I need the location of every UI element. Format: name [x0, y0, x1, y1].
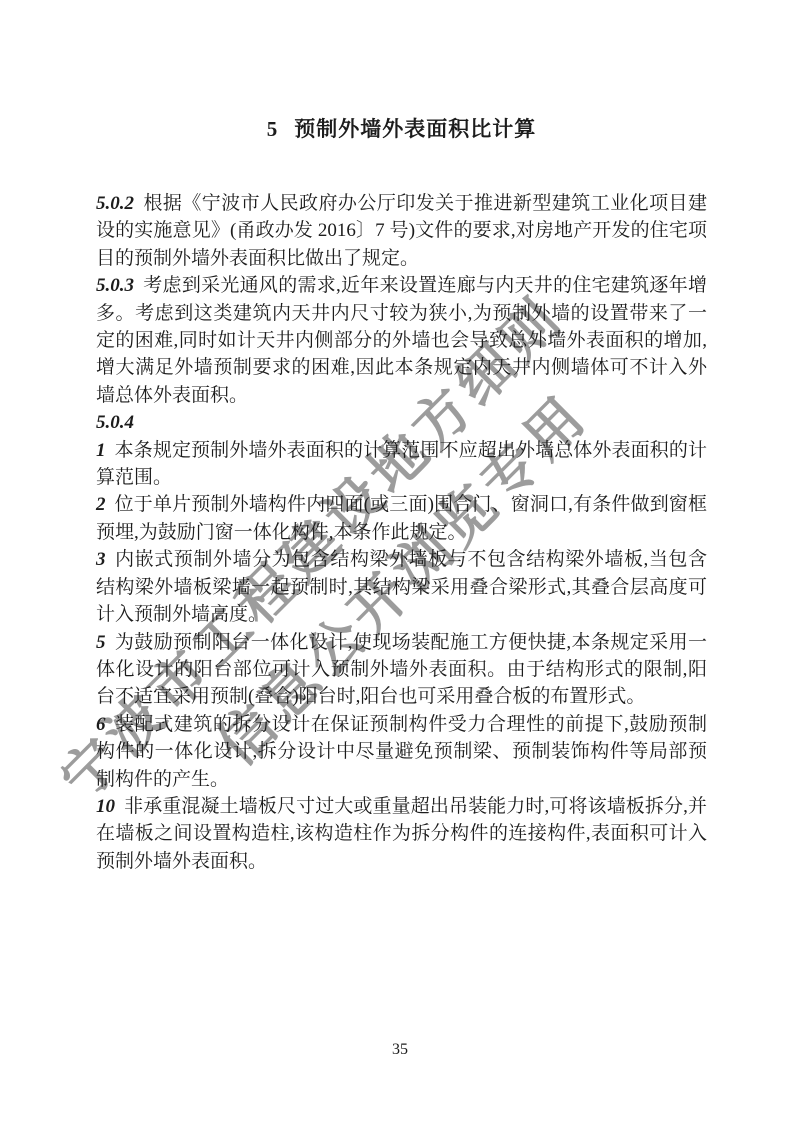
clause-paragraph: 10非承重混凝土墙板尺寸过大或重量超出吊装能力时,可将该墙板拆分,并在墙板之间设… — [96, 793, 707, 875]
clause-paragraph: 3内嵌式预制外墙分为包含结构梁外墙板与不包含结构梁外墙板,当包含结构梁外墙板梁墙… — [96, 546, 707, 628]
clause-number: 2 — [96, 494, 106, 515]
clause-text: 非承重混凝土墙板尺寸过大或重量超出吊装能力时,可将该墙板拆分,并在墙板之间设置构… — [96, 796, 707, 872]
clause-paragraph: 5为鼓励预制阳台一体化设计,使现场装配施工方便快捷,本条规定采用一体化设计的阳台… — [96, 629, 707, 711]
clause-number: 10 — [96, 796, 115, 817]
clause-text: 内嵌式预制外墙分为包含结构梁外墙板与不包含结构梁外墙板,当包含结构梁外墙板梁墙一… — [96, 549, 707, 625]
clause-number: 3 — [96, 549, 106, 570]
clause-number: 5.0.4 — [96, 412, 134, 433]
document-page: 宁波市工程建设地方细则 信息公开浏览专用 5预制外墙外表面积比计算 5.0.2根… — [0, 0, 800, 1131]
section-title: 5预制外墙外表面积比计算 — [96, 113, 707, 143]
clause-text: 考虑到采光通风的需求,近年来设置连廊与内天井的住宅建筑逐年增多。考虑到这类建筑内… — [96, 275, 707, 406]
clause-paragraph: 5.0.3考虑到采光通风的需求,近年来设置连廊与内天井的住宅建筑逐年增多。考虑到… — [96, 272, 707, 409]
clause-body: 5.0.2根据《宁波市人民政府办公厅印发关于推进新型建筑工业化项目建设的实施意见… — [96, 190, 707, 875]
clause-number: 5.0.3 — [96, 275, 134, 296]
clause-paragraph: 1本条规定预制外墙外表面积的计算范围不应超出外墙总体外表面积的计算范围。 — [96, 437, 707, 492]
clause-paragraph: 2位于单片预制外墙构件内四面(或三面)围合门、窗洞口,有条件做到窗框预埋,为鼓励… — [96, 491, 707, 546]
section-number: 5 — [267, 117, 279, 141]
page-number: 35 — [0, 1041, 800, 1059]
clause-text: 装配式建筑的拆分设计在保证预制构件受力合理性的前提下,鼓励预制构件的一体化设计,… — [96, 714, 707, 790]
clause-text: 为鼓励预制阳台一体化设计,使现场装配施工方便快捷,本条规定采用一体化设计的阳台部… — [96, 632, 707, 708]
section-title-text: 预制外墙外表面积比计算 — [294, 117, 536, 141]
clause-text: 根据《宁波市人民政府办公厅印发关于推进新型建筑工业化项目建设的实施意见》(甬政办… — [96, 193, 707, 269]
clause-paragraph: 5.0.4 — [96, 409, 707, 436]
clause-text: 位于单片预制外墙构件内四面(或三面)围合门、窗洞口,有条件做到窗框预埋,为鼓励门… — [96, 494, 707, 542]
clause-number: 5 — [96, 632, 106, 653]
clause-text: 本条规定预制外墙外表面积的计算范围不应超出外墙总体外表面积的计算范围。 — [96, 440, 707, 488]
clause-paragraph: 5.0.2根据《宁波市人民政府办公厅印发关于推进新型建筑工业化项目建设的实施意见… — [96, 190, 707, 272]
clause-paragraph: 6装配式建筑的拆分设计在保证预制构件受力合理性的前提下,鼓励预制构件的一体化设计… — [96, 711, 707, 793]
clause-number: 6 — [96, 714, 106, 735]
page-content: 5预制外墙外表面积比计算 5.0.2根据《宁波市人民政府办公厅印发关于推进新型建… — [0, 113, 800, 875]
clause-number: 1 — [96, 440, 106, 461]
clause-number: 5.0.2 — [96, 193, 134, 214]
